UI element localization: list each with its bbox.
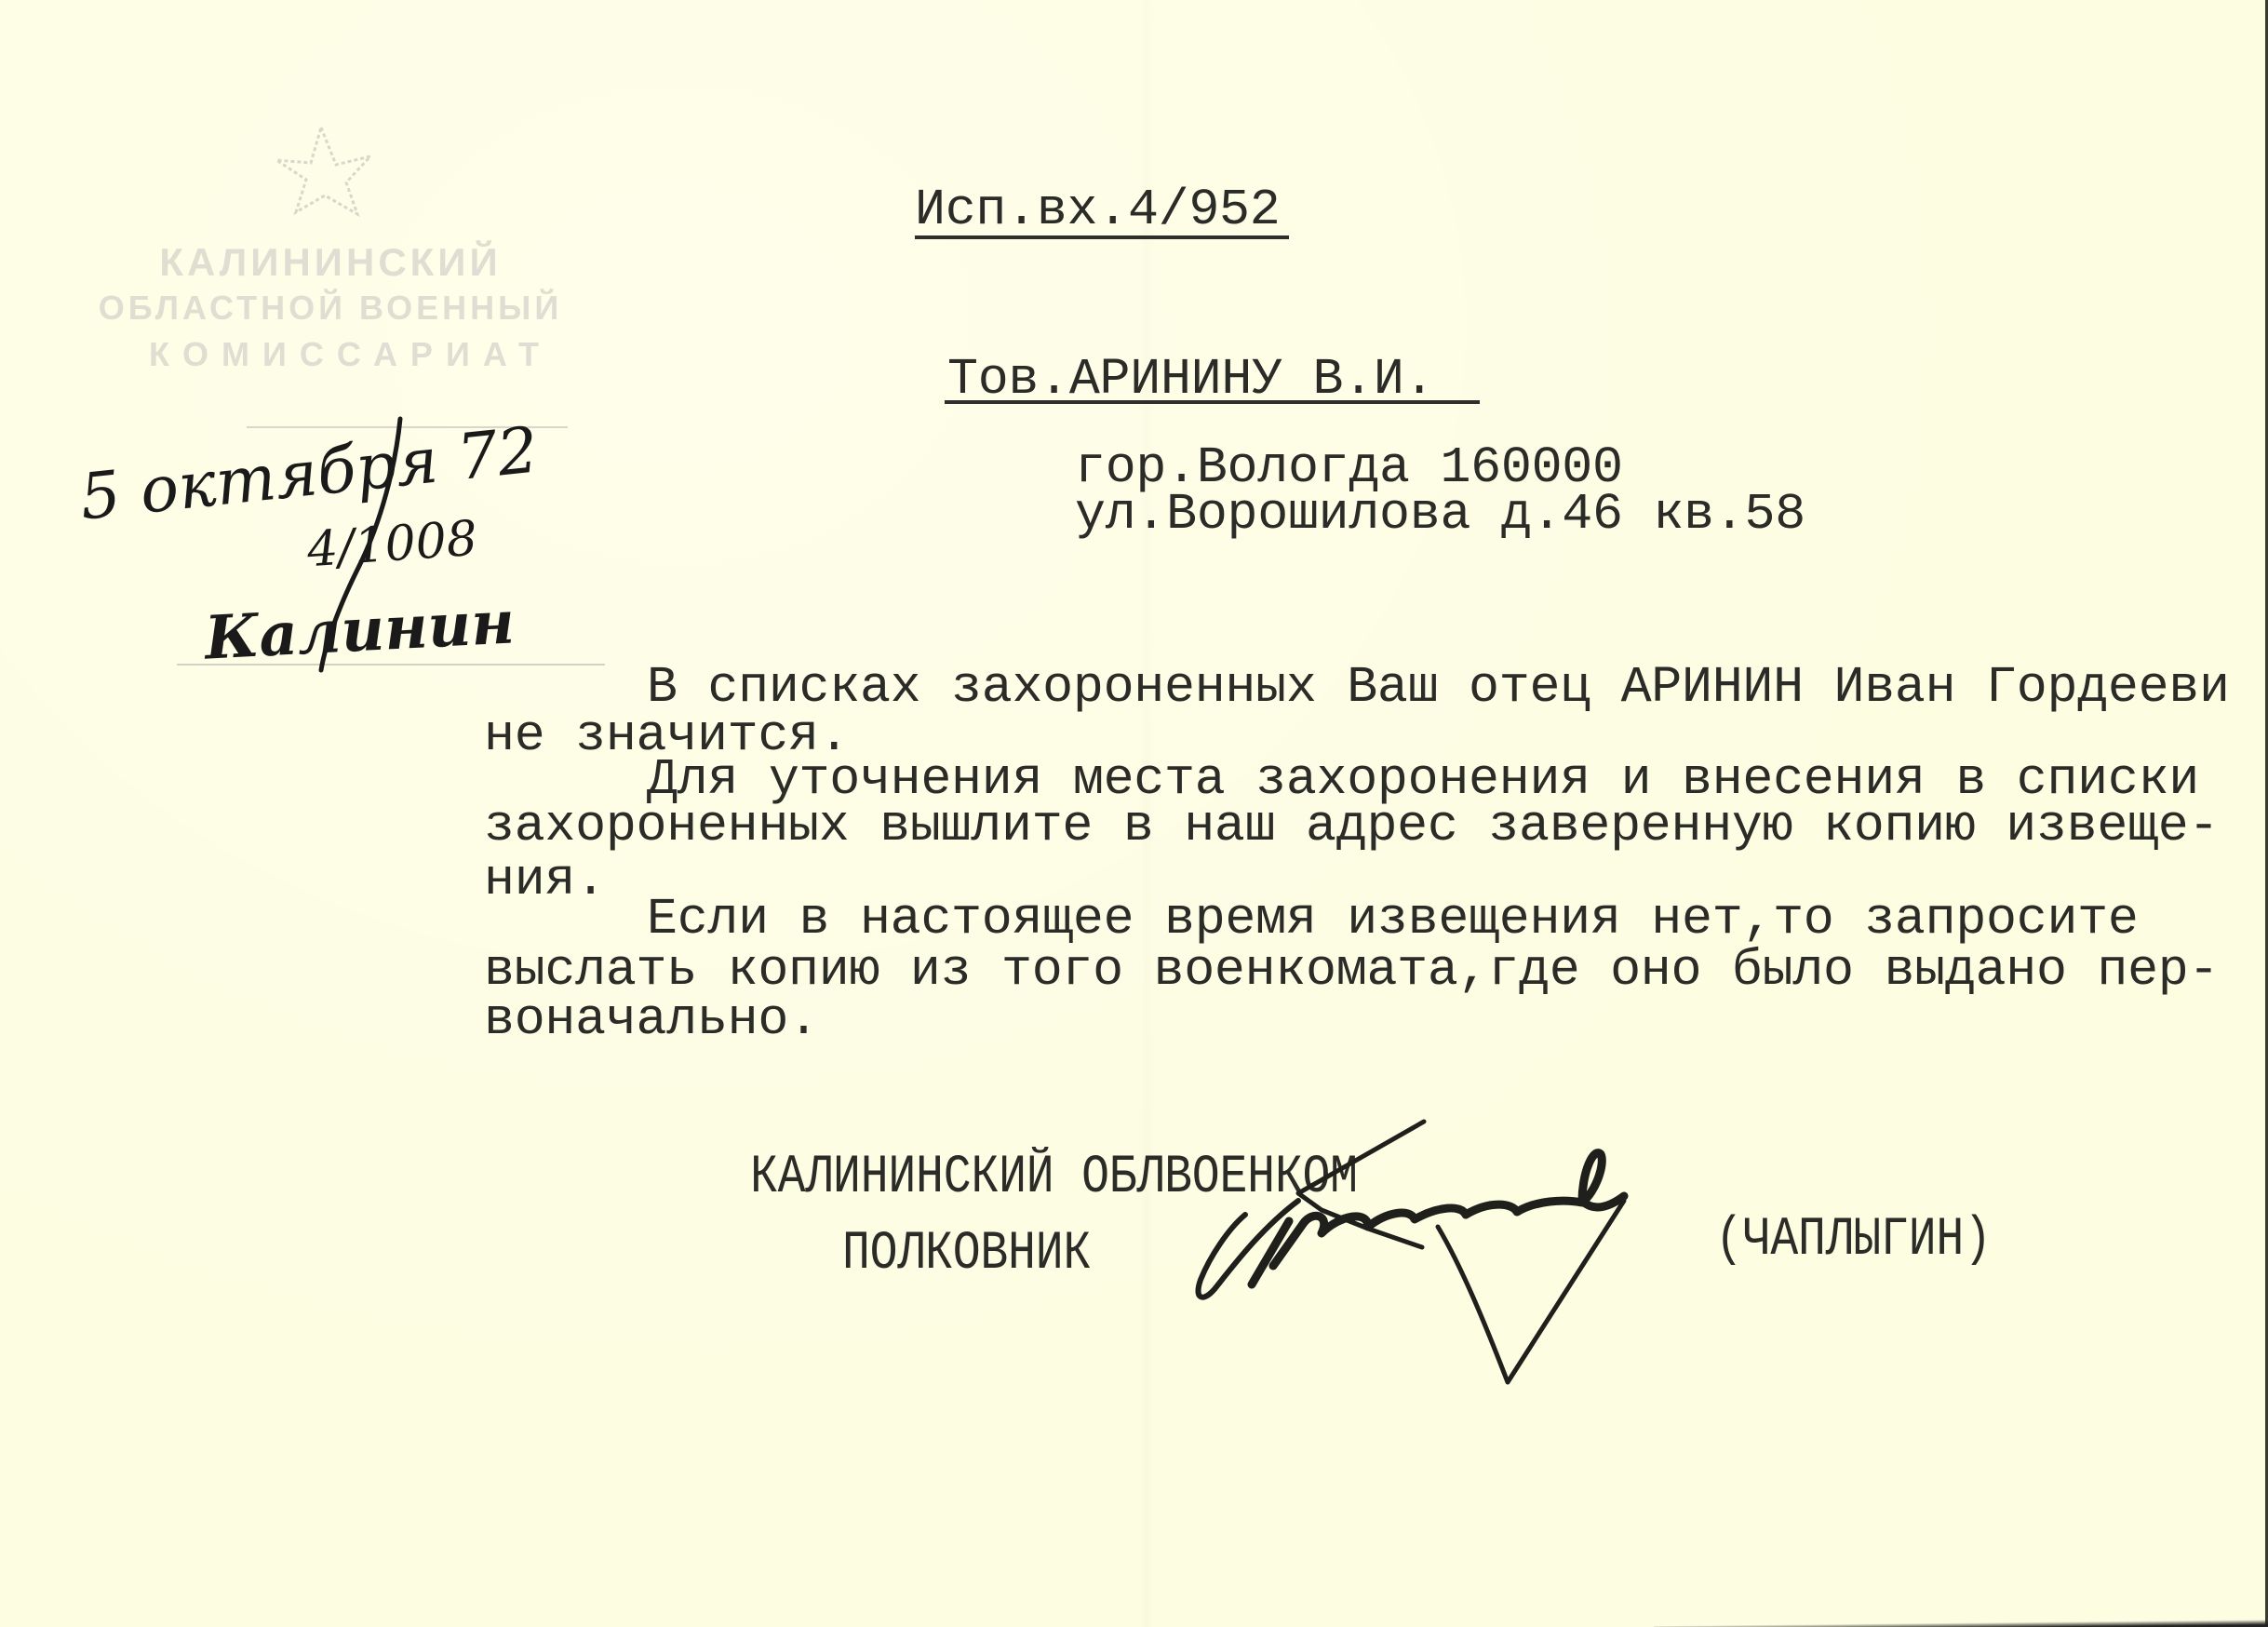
signature-icon	[0, 0, 2268, 1627]
